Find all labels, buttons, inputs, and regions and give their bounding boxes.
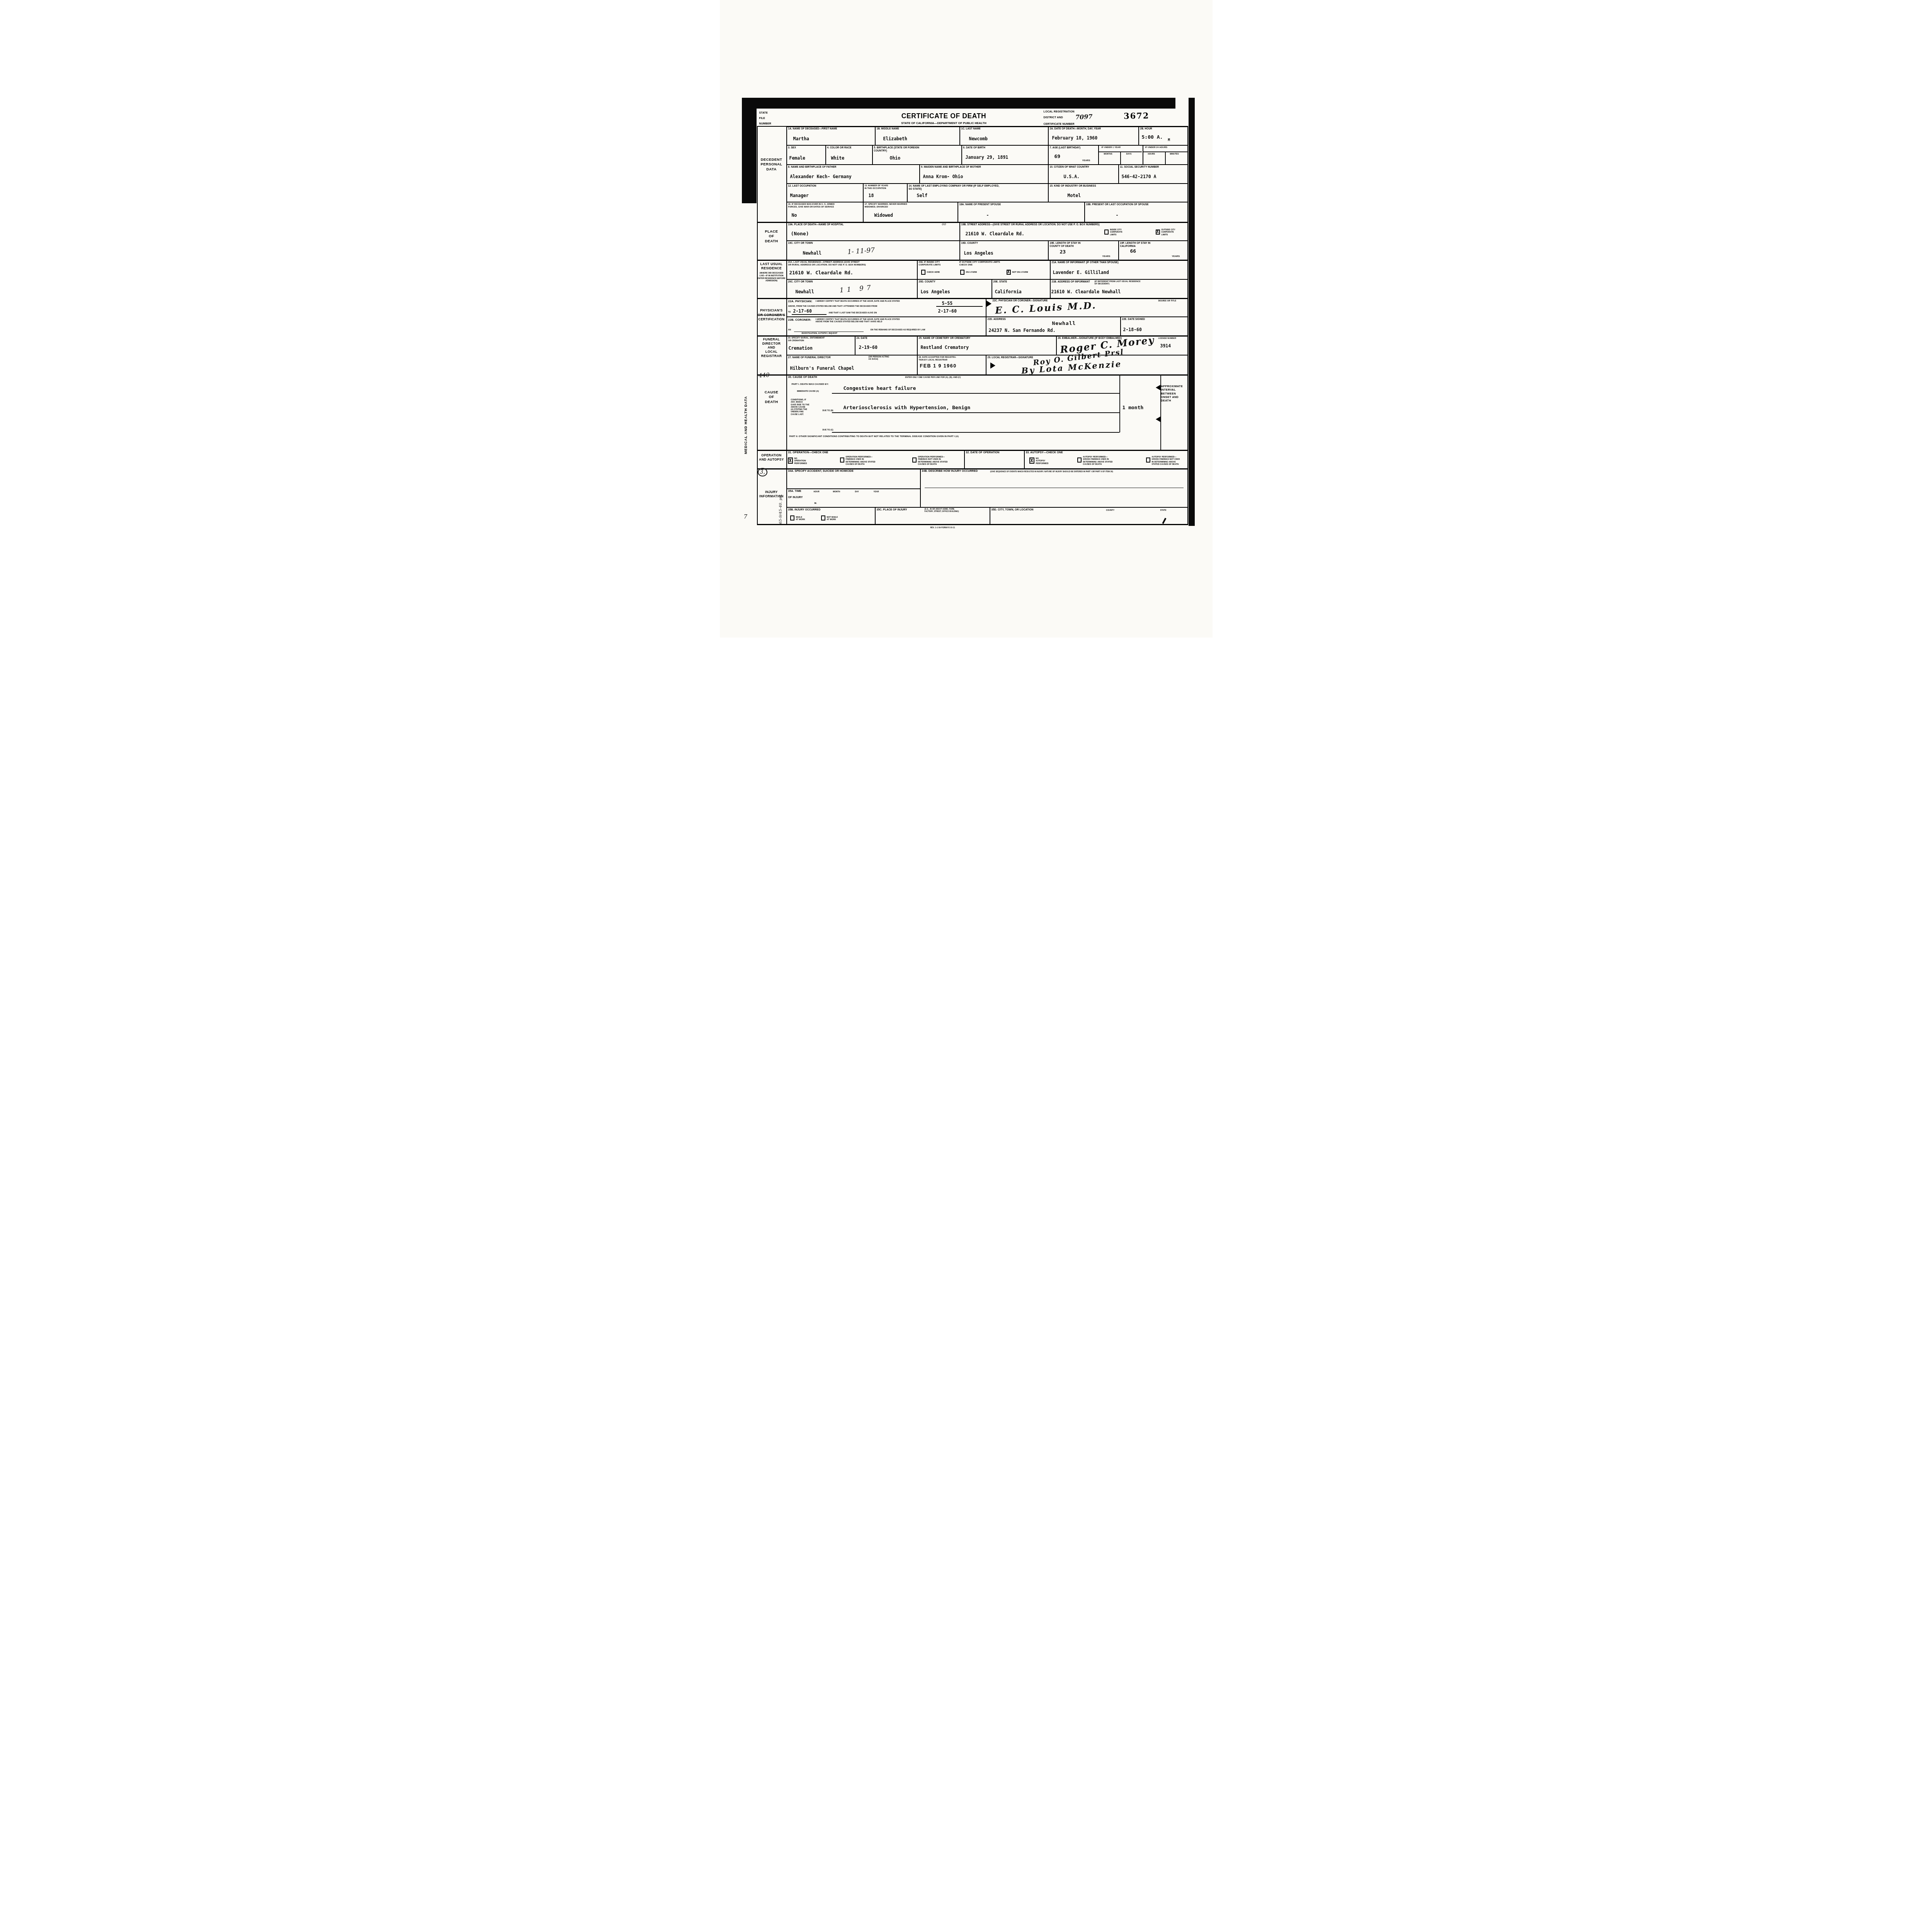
field-15-value: Motel	[1068, 193, 1081, 198]
scan-top-band	[742, 98, 1175, 109]
under-1-year-split	[1120, 151, 1121, 164]
field-2b-meridiem: M	[1168, 138, 1170, 142]
field-35c-note: (E.G., IN OR ABOUT HOME, FARM, FACTORY, …	[925, 508, 959, 512]
field-35d-state: STATE	[1160, 509, 1167, 512]
field-20e-value: California	[995, 289, 1022, 294]
field-20d-value: Los Angeles	[921, 289, 950, 294]
field-28-label: 28. DATE ACCEPTED FOR REGISTRA- TION BY …	[919, 356, 957, 361]
field-30-conditions-note: CONDITIONS, IF ANY, WHICH GAVE RISE TO T…	[791, 399, 822, 416]
cause-b-line	[832, 412, 1119, 413]
inside-city-checkbox-label: INSIDE CITY CORPORATE LIMITS	[1110, 229, 1122, 236]
field-1b-label: 1B. MIDDLE NAME	[877, 128, 899, 131]
field-22b-inquest-caption: INVESTIGATION, AUTOPSY, INQUEST	[802, 332, 838, 335]
field-19c-label: 19C. CITY OR TOWN	[788, 242, 813, 245]
field-35a-hour: HOUR	[814, 491, 820, 493]
field-24-label: 24. DATE	[857, 337, 867, 340]
field-7-value: 69	[1054, 154, 1061, 160]
field-27-label: 27. NAME OF FUNERAL DIRECTOR	[788, 356, 831, 359]
field-35a-of-injury: OF INJURY	[788, 496, 803, 500]
interval-column-label: APPROXIMATE INTERVAL BETWEEN ONSET AND D…	[1161, 384, 1188, 403]
field-20e-label: 20E. STATE	[993, 281, 1007, 284]
field-20b-outside-label: IF OUTSIDE CITY CORPORATE LIMITS CHECK O…	[959, 261, 1000, 267]
outside-city-checkbox-label: OUTSIDE CITY CORPORATE LIMITS	[1162, 229, 1175, 236]
field-11-label: 11. SOCIAL SECURITY NUMBER	[1120, 166, 1159, 169]
field-35d-label: 35D. CITY, TOWN, OR LOCATION	[992, 509, 1034, 512]
field-13-value: 18	[869, 193, 874, 198]
operation-findings-not-used-checkbox	[912, 457, 917, 463]
field-19e-unit: YEARS	[1102, 255, 1111, 258]
registration-date-stamp: FEB 1 9 1960	[920, 363, 957, 369]
field-25-value: Restland Crematory	[921, 345, 969, 350]
field-9-label: 9. MAIDEN NAME AND BIRTHPLACE OF MOTHER	[921, 166, 981, 169]
field-26-license-label: LICENSE NUMBER	[1158, 337, 1176, 340]
field-5-value: Ohio	[890, 155, 901, 161]
field-16-value: No	[792, 213, 797, 218]
interval-arrow-bottom-icon	[1156, 417, 1160, 422]
field-19f-value: 66	[1130, 248, 1136, 254]
field-9-value: Anna Krom- Ohio	[923, 174, 963, 179]
field-35a-year: YEAR	[874, 491, 879, 493]
not-while-at-work-checkbox	[821, 515, 825, 520]
sidebar-place-label: PLACE OF DEATH	[758, 230, 786, 244]
local-registration-label: LOCAL REGISTRATION	[1044, 111, 1075, 114]
field-32-label: 32. DATE OF OPERATION	[966, 451, 1000, 455]
field-33-label: 33. AUTOPSY—CHECK ONE	[1026, 451, 1063, 455]
inside-city-checkbox	[1104, 230, 1109, 235]
margin-handwriting-vertical-note: 65-9/45-40. pd.	[779, 474, 783, 524]
district-number: 7097	[1075, 113, 1092, 121]
field-17-value: Widowed	[874, 213, 893, 218]
no-operation-label: NO OPERATION PERFORMED	[794, 457, 807, 465]
field-18b-label: 18B. PRESENT OR LAST OCCUPATION OF SPOUS…	[1086, 203, 1149, 206]
certificate-title: CERTIFICATE OF DEATH	[863, 112, 1025, 120]
field-35a-month: MONTH	[833, 491, 840, 493]
field-under-1-year-label: IF UNDER 1 YEAR	[1102, 146, 1121, 149]
field-1a-label: 1A. NAME OF DECEASED—FIRST NAME	[788, 128, 873, 131]
field-22d-label: 22D. ADDRESS	[988, 318, 1006, 321]
field-35a	[786, 488, 920, 507]
field-under-24-hours-label: IF UNDER 24 HOURS	[1145, 146, 1168, 149]
field-20b-inside-label: 20B. IF INSIDE CITY CORPORATE LIMITS	[919, 261, 941, 267]
sidebar-decedent-cell	[757, 126, 786, 222]
sidebar-residence-title: LAST USUAL RESIDENCE	[757, 262, 786, 270]
field-30-dueto-c-label: DUE TO (C)	[823, 429, 833, 431]
field-30-enter-note: ENTER ONLY ONE CAUSE PER LINE FOR (A), (…	[905, 376, 961, 379]
field-34a-label: 34A. SPECIFY ACCIDENT, SUICIDE OR HOMICI…	[788, 470, 854, 473]
field-19b-value: 21610 W. Cleardale Rd.	[966, 231, 1024, 236]
field-12-value: Manager	[790, 193, 809, 198]
field-22b-label: 22B. CORONER:	[788, 318, 811, 321]
field-22a-from-value: 5-55	[942, 301, 953, 306]
outside-city-checkbox-mark: X	[1156, 230, 1159, 234]
field-19a-value: (None)	[791, 231, 809, 237]
under-1-year-months: MONTHS	[1104, 153, 1112, 155]
district-and-label: DISTRICT AND	[1044, 116, 1063, 120]
no-autopsy-label: NO AUTOPSY PERFORMED	[1036, 457, 1049, 465]
field-20c-label: 20C. CITY OR TOWN	[788, 281, 813, 284]
not-on-a-farm-checkbox: X	[1007, 270, 1011, 275]
field-22a-certify-line1: I HEREBY CERTIFY THAT DEATH OCCURRED AT …	[816, 300, 943, 303]
under-24-split	[1165, 151, 1166, 164]
field-19e-label: 19E. LENGTH OF STAY IN COUNTY OF DEATH	[1050, 242, 1081, 248]
operation-findings-not-used-label: OPERATION PERFORMED— FINDINGS NOT USED I…	[918, 456, 948, 466]
field-30-part1-label: PART I. DEATH WAS CAUSED BY:	[792, 383, 829, 386]
autopsy-findings-used-label: AUTOPSY PERFORMED— GROSS FINDINGS USED I…	[1083, 456, 1113, 466]
field-15-label: 15. KIND OF INDUSTRY OR BUSINESS	[1050, 185, 1096, 188]
field-22b-certify-text: I HEREBY CERTIFY THAT DEATH OCCURRED AT …	[816, 318, 947, 323]
field-19b-label: 19B. STREET ADDRESS—(GIVE STREET OR RURA…	[961, 223, 1178, 226]
field-23-label: 23. SPECIFY BURIAL, ENTOMBMENT OR CREMAT…	[788, 337, 825, 342]
field-26-license-value: 3914	[1160, 343, 1171, 349]
while-at-work-label: WHILE AT WORK	[796, 516, 805, 521]
field-14-value: Self	[917, 193, 928, 198]
field-35b-label: 35B. INJURY OCCURRED	[788, 509, 821, 512]
field-27-note: (OR PERSON ACTING AS SUCH)	[869, 356, 889, 361]
field-30-label: 30. CAUSE OF DEATH	[788, 376, 817, 379]
no-autopsy-checkbox: X	[1029, 457, 1034, 464]
margin-handwriting-7: 7	[744, 513, 748, 520]
under-1-year-days: DAYS	[1126, 153, 1132, 155]
field-2b-label: 2B. HOUR	[1140, 128, 1152, 131]
field-21a-value: Lavender E. Gilliland	[1053, 270, 1109, 275]
medical-health-data-vertical-label: MEDICAL AND HEALTH DATA	[744, 369, 748, 481]
not-while-at-work-label: NOT WHILE AT WORK	[827, 516, 838, 521]
sidebar-decedent-label: DECEDENT PERSONAL DATA	[758, 158, 786, 172]
field-4-value: White	[831, 155, 845, 161]
cause-a-line	[832, 393, 1119, 394]
stray-handwriting-oo: oo	[942, 223, 946, 226]
field-18a-label: 18A. NAME OF PRESENT SPOUSE	[959, 203, 1001, 206]
death-certificate-scan: STATE FILE NUMBER CERTIFICATE OF DEATH S…	[720, 0, 1213, 638]
operation-findings-used-label: OPERATION PERFORMED— FINDINGS USED IN DE…	[846, 456, 876, 466]
field-22b-an-label: AN	[788, 329, 791, 331]
field-35d-county: COUNTY	[1106, 509, 1115, 512]
field-34b-label: 34B. DESCRIBE HOW INJURY OCCURRED	[922, 470, 978, 473]
under-24-hours: HOURS	[1148, 153, 1155, 155]
cause-c-line	[832, 432, 1119, 433]
interval-arrow-top-icon	[1156, 385, 1160, 390]
field-19c-value: Newhall	[803, 250, 821, 256]
field-23-value: Cremation	[789, 345, 813, 351]
sidebar-physician-line2: OR CORONER'S	[757, 313, 786, 317]
field-1a-value: Martha	[793, 136, 810, 141]
field-7-unit: YEARS	[1082, 160, 1090, 162]
field-20c-value: Newhall	[796, 289, 814, 294]
scan-left-band	[742, 98, 757, 203]
field-12-label: 12. LAST OCCUPATION	[788, 185, 816, 188]
field-22c-degree-label: DEGREE OR TITLE	[1158, 300, 1177, 302]
sidebar-operation-label: OPERATION AND AUTOPSY	[757, 453, 786, 462]
field-1b-value: Elizabeth	[883, 136, 907, 141]
certificate-number: 3672	[1123, 111, 1149, 121]
field-29-label: 29. LOCAL REGISTRAR—SIGNATURE	[988, 356, 1033, 359]
field-5-label: 5. BIRTHPLACE (STATE OR FOREIGN COUNTRY)	[874, 146, 920, 153]
field-3-value: Female	[789, 155, 806, 161]
field-22e-label: 22E. DATE SIGNED	[1122, 318, 1145, 321]
field-2b-value: 5:00 A.	[1142, 134, 1163, 140]
field-35c-label: 35C. PLACE OF INJURY	[877, 509, 907, 512]
field-22d-city: Newhall	[1052, 321, 1076, 327]
field-19f-unit: YEARS	[1172, 255, 1180, 258]
field-16-label: 16. IF DECEASED WAS EVER IN U. S. ARMED …	[788, 203, 835, 209]
field-21b-note: (IF DIFFERENT FROM LAST USUAL RESIDENCE …	[1095, 281, 1141, 286]
operation-findings-used-checkbox	[840, 457, 844, 463]
field-22a-lastsaw-value: 2-17-60	[938, 308, 957, 314]
field-4-label: 4. COLOR OR RACE	[827, 146, 852, 150]
field-18b-value: -	[1116, 213, 1119, 218]
field-35a-day: DAY	[855, 491, 859, 493]
field-21a-label: 21A. NAME OF INFORMANT (IF OTHER THAN SP…	[1052, 261, 1119, 264]
autopsy-findings-not-used-checkbox	[1146, 457, 1150, 463]
field-2a-label: 2A. DATE OF DEATH—MONTH, DAY, YEAR	[1050, 128, 1101, 131]
field-25-label: 25. NAME OF CEMETERY OR CREMATORY	[919, 337, 971, 340]
field-19d-value: Los Angeles	[964, 250, 993, 256]
margin-handwriting-440: 440	[758, 371, 770, 379]
field-10-label: 10. CITIZEN OF WHAT COUNTRY	[1050, 166, 1089, 169]
field-22d-street: 24237 N. San Fernando Rd.	[989, 328, 1056, 333]
field-10-value: U.S.A.	[1064, 174, 1080, 179]
form-revision-footer: REV. 1-1-59 FORM R S 8-11	[930, 527, 955, 529]
under-24-minutes: MINUTES	[1170, 153, 1179, 155]
sidebar-physician-line3: CERTIFICATION	[757, 318, 786, 322]
field-19d-label: 19D. COUNTY	[961, 242, 978, 245]
field-22b-an-line	[794, 332, 864, 332]
field-14-label: 14. NAME OF LAST EMPLOYING COMPANY OR FI…	[909, 185, 1044, 191]
field-22a-to-label: TO	[788, 311, 791, 313]
margin-handwriting-3: 3,	[758, 469, 767, 475]
field-20a-value: 21610 W. Cleardale Rd.	[789, 270, 854, 276]
on-a-farm-label: ON A FARM	[966, 271, 977, 274]
field-18a-value: -	[986, 213, 989, 218]
field-13-label: 13. NUMBER OF YEARS IN THIS OCCUPATION	[865, 185, 888, 190]
field-21b-value: 21610 W. Cleardale Newhall	[1051, 289, 1121, 294]
field-30-immediate-label: IMMEDIATE CAUSE (A)	[797, 390, 819, 393]
no-operation-checkbox: X	[788, 457, 793, 464]
field-22b-remains-text: ON THE REMAINS OF DECEASED AS REQUIRED B…	[871, 329, 925, 331]
on-a-farm-checkbox	[960, 270, 964, 275]
field-35a-label: 35A. TIME	[788, 490, 801, 493]
sidebar-funeral-label: FUNERAL DIRECTOR AND LOCAL REGISTRAR	[758, 337, 786, 358]
state-file-number-label: STATE FILE NUMBER	[759, 111, 771, 127]
autopsy-findings-not-used-label: AUTOPSY PERFORMED— GROSS FINDINGS NOT US…	[1152, 456, 1180, 466]
field-35a-meridiem: M.	[815, 502, 817, 505]
field-20a-label: 20A. LAST USUAL RESIDENCE—STREET ADDRESS…	[788, 261, 916, 267]
cause-b-interval: 1 month	[1122, 405, 1144, 411]
sidebar-physician-line1: PHYSICIAN'S	[757, 308, 786, 313]
field-1c-value: Newcomb	[969, 136, 988, 141]
scan-right-band	[1189, 98, 1195, 526]
sidebar-cause-cell	[757, 374, 786, 450]
field-1c-label: 1C. LAST NAME	[961, 128, 981, 131]
field-24-value: 2-19-60	[859, 345, 878, 350]
field-8-label: 8. NAME AND BIRTHPLACE OF FATHER	[788, 166, 837, 169]
outside-city-checkbox: X	[1156, 230, 1160, 235]
registrar-pointer-icon	[990, 362, 995, 369]
not-on-a-farm-label: NOT ON A FARM	[1012, 271, 1028, 274]
cause-a-value: Congestive heart failure	[844, 386, 916, 391]
field-22a-certify-line2: ABOVE, FROM THE CAUSES STATED BELOW AND …	[788, 305, 943, 308]
field-31-label: 31. OPERATION—CHECK ONE	[788, 451, 828, 455]
field-3-label: 3. SEX	[788, 146, 796, 150]
field-21b-label: 21B. ADDRESS OF INFORMANT	[1052, 281, 1090, 284]
field-19f-label: 19F. LENGTH OF STAY IN CALIFORNIA	[1120, 242, 1151, 248]
circled-3: 3,	[758, 468, 767, 476]
sidebar-residence-note: (WHERE DID DECEASED LIVE—IF IN INSTITUTI…	[757, 272, 786, 282]
no-autopsy-mark: X	[1030, 458, 1033, 463]
field-17-label: 17. SPECIFY MARRIED, NEVER MARRIED WIDOW…	[865, 203, 907, 209]
sidebar-cause-label: CAUSE OF DEATH	[758, 390, 786, 405]
field-22a-from-line	[936, 306, 983, 307]
autopsy-findings-used-checkbox	[1077, 457, 1082, 463]
while-at-work-checkbox	[790, 515, 794, 520]
field-19a-label: 19A. PLACE OF DEATH—NAME OF HOSPITAL	[788, 223, 844, 226]
field-6-label: 6. DATE OF BIRTH	[963, 146, 986, 150]
field-19e-value: 23	[1060, 249, 1066, 255]
certificate-subtitle: STATE OF CALIFORNIA—DEPARTMENT OF PUBLIC…	[863, 121, 1025, 125]
field-22a-to-value: 2-17-60	[793, 308, 812, 314]
no-operation-mark: X	[789, 458, 791, 463]
field-11-value: 546-42-2170 A	[1122, 174, 1156, 179]
field-34b-note: (GIVE SEQUENCE OF EVENTS WHICH RESULTED …	[990, 471, 1184, 473]
field-22e-value: 2-18-60	[1123, 327, 1142, 332]
field-20d-label: 20D. COUNTY	[919, 281, 935, 284]
not-on-a-farm-mark: X	[1007, 270, 1010, 274]
field-34b-line	[925, 488, 1184, 488]
field-2a-value: February 18, 1960	[1052, 135, 1098, 141]
check-here-label: CHECK HERE	[927, 271, 940, 274]
field-30-dueto-b-label: DUE TO (B)	[823, 410, 833, 412]
field-6-value: January 29, 1891	[966, 155, 1009, 160]
cause-b-value: Arteriosclerosis with Hypertension, Beni…	[844, 405, 971, 411]
field-22a-lastsaw-label: AND THAT I LAST SAW THE DECEASED ALIVE O…	[829, 312, 929, 314]
check-here-checkbox	[921, 270, 925, 275]
field-30-part2-label: PART II: OTHER SIGNIFICANT CONDITIONS CO…	[789, 435, 1118, 438]
field-22a-to-line	[792, 314, 827, 315]
field-27-value: Hilburn's Funeral Chapel	[790, 366, 854, 371]
cause-inner-divider	[1119, 374, 1120, 432]
field-8-value: Alexander Kech- Germany	[790, 174, 852, 179]
field-22a-label: 22A. PHYSICIAN:	[788, 299, 813, 303]
field-7-label: 7. AGE (LAST BIRTHDAY)	[1050, 146, 1081, 150]
